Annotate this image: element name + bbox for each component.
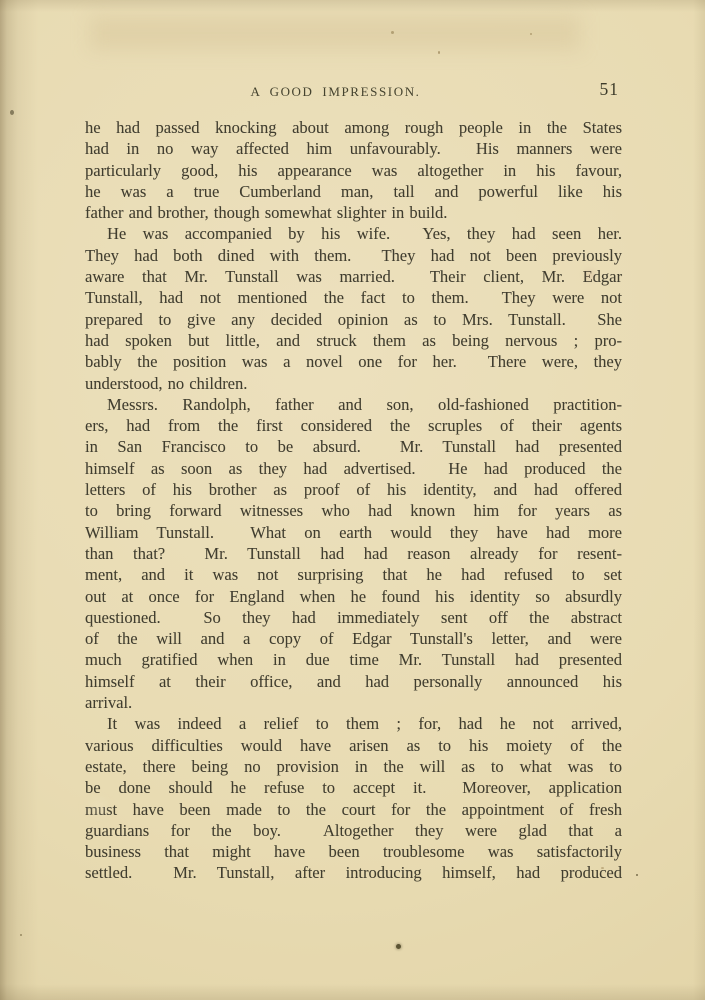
text-line: understood, no children.	[85, 373, 622, 394]
text-line: to bring forward witnesses who had known…	[85, 500, 622, 521]
text-line: guardians for the boy. Altogether they w…	[85, 820, 622, 841]
text-line: questioned. So they had immediately sent…	[85, 607, 622, 628]
text-line: Tunstall, had not mentioned the fact to …	[85, 287, 622, 308]
paper-speck	[530, 33, 532, 35]
page-header: A GOOD IMPRESSION. 51	[85, 81, 622, 103]
text-line: himself as soon as they had advertised. …	[85, 458, 622, 479]
text-line: business that might have been troublesom…	[85, 841, 622, 862]
text-line: settled. Mr. Tunstall, after introducing…	[85, 862, 622, 883]
text-line: than that? Mr. Tunstall had had reason a…	[85, 543, 622, 564]
paper-speck	[438, 51, 440, 54]
text-line: had spoken but little, and struck them a…	[85, 330, 622, 351]
text-line: much gratified when in due time Mr. Tuns…	[85, 649, 622, 670]
text-line: They had both dined with them. They had …	[85, 245, 622, 266]
text-line: Messrs. Randolph, father and son, old-fa…	[85, 394, 622, 415]
text-line: particularly good, his appearance was al…	[85, 160, 622, 181]
text-line: arrival.	[85, 692, 622, 713]
text-line: out at once for England when he found hi…	[85, 586, 622, 607]
text-line: ment, and it was not surprising that he …	[85, 564, 622, 585]
text-line: letters of his brother as proof of his i…	[85, 479, 622, 500]
text-line: in San Francisco to be absurd. Mr. Tunst…	[85, 436, 622, 457]
paper-speck	[20, 934, 22, 936]
text-line: estate, there being no provision in the …	[85, 756, 622, 777]
page-number: 51	[600, 79, 620, 100]
book-page: A GOOD IMPRESSION. 51 he had passed knoc…	[0, 0, 705, 1000]
text-line: aware that Mr. Tunstall was married. The…	[85, 266, 622, 287]
paper-speck	[636, 874, 638, 876]
text-line: ers, had from the first considered the s…	[85, 415, 622, 436]
text-line: be done should he refuse to accept it. M…	[85, 777, 622, 798]
text-line: prepared to give any decided opinion as …	[85, 309, 622, 330]
text-line: It was indeed a relief to them ; for, ha…	[85, 713, 622, 734]
running-title: A GOOD IMPRESSION.	[250, 84, 420, 100]
paper-tone-band	[90, 16, 580, 50]
text-line: he was a true Cumberland man, tall and p…	[85, 181, 622, 202]
text-line: must have been made to the court for the…	[85, 799, 622, 820]
text-line: himself at their office, and had persona…	[85, 671, 622, 692]
text-line: had in no way affected him unfavourably.…	[85, 138, 622, 159]
paper-speck	[391, 31, 394, 34]
text-line: bably the position was a novel one for h…	[85, 351, 622, 372]
text-line: of the will and a copy of Edgar Tunstall…	[85, 628, 622, 649]
text-line: various difficulties would have arisen a…	[85, 735, 622, 756]
text-line: father and brother, though somewhat slig…	[85, 202, 622, 223]
text-line: William Tunstall. What on earth would th…	[85, 522, 622, 543]
paper-speck	[396, 944, 401, 949]
body-text: he had passed knocking about among rough…	[85, 117, 622, 884]
text-line: he had passed knocking about among rough…	[85, 117, 622, 138]
text-line: He was accompanied by his wife. Yes, the…	[85, 223, 622, 244]
paper-speck	[10, 110, 14, 115]
